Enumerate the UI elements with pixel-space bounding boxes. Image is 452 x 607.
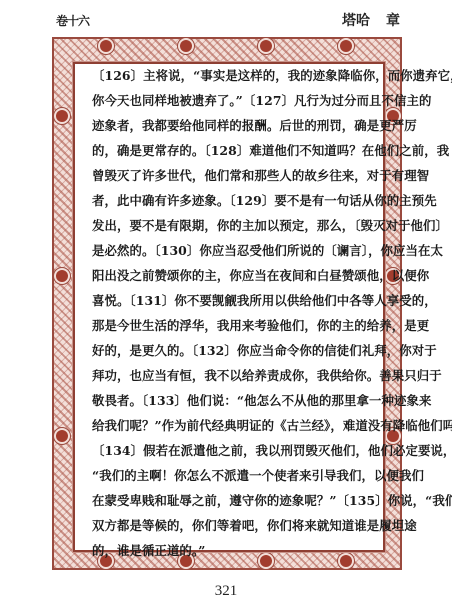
text-line: 阳出没之前赞颂你的主，你应当在夜间和白昼赞颂他，以便你	[92, 263, 372, 288]
border-ornament-icon	[180, 40, 192, 52]
border-ornament-icon	[340, 40, 352, 52]
text-line: 在蒙受卑贱和耻辱之前，遵守你的迹象呢？”〔135〕你说，“我们	[92, 488, 372, 513]
border-ornament-icon	[56, 110, 68, 122]
text-line: 者，此中确有许多迹象。〔129〕要不是有一句话从你的主预先	[92, 188, 372, 213]
chapter-label: 章	[386, 13, 400, 29]
text-line: 〔134〕假若在派遣他之前，我以刑罚毁灭他们，他们必定要说，	[92, 438, 372, 463]
text-line: 发出，要不是有限期，你的主加以预定，那么，〔毁灭对于他们〕	[92, 213, 372, 238]
border-ornament-icon	[100, 40, 112, 52]
text-line: 是必然的。〔130〕你应当忍受他们所说的〔谰言〕，你应当在太	[92, 238, 372, 263]
chapter-name: 塔哈	[342, 13, 370, 29]
running-head-chapter: 塔哈章	[342, 10, 400, 30]
border-ornament-icon	[56, 270, 68, 282]
running-head-volume: 卷十六	[56, 12, 89, 29]
text-line: 好的，是更久的。〔132〕你应当命令你的信徒们礼拜，你对于	[92, 338, 372, 363]
text-line: 的，谁是循正道的。”	[92, 538, 372, 563]
text-line: 的，确是更常存的。〔128〕难道他们不知道吗？在他们之前，我	[92, 138, 372, 163]
text-line: 敬畏者。〔133〕他们说：“他怎么不从他的那里拿一种迹象来	[92, 388, 372, 413]
text-line: “我们的主啊！你怎么不派遣一个使者来引导我们，以便我们	[92, 463, 372, 488]
text-line: 喜悦。〔131〕你不要觊觎我所用以供给他们中各等人享受的，	[92, 288, 372, 313]
body-text: 〔126〕主将说，“事实是这样的，我的迹象降临你，而你遗弃它， 你今天也同样地被…	[92, 63, 372, 563]
text-line: 〔126〕主将说，“事实是这样的，我的迹象降临你，而你遗弃它，	[92, 63, 372, 88]
text-line: 拜功，也应当有恒，我不以给养责成你，我供给你。善果只归于	[92, 363, 372, 388]
text-line: 给我们呢？”作为前代经典明证的《古兰经》，难道没有降临他们吗？	[92, 413, 372, 438]
page-number: 321	[0, 583, 452, 600]
border-ornament-icon	[56, 430, 68, 442]
text-line: 曾毁灭了许多世代，他们常和那些人的故乡往来，对于有理智	[92, 163, 372, 188]
text-line: 那是今世生活的浮华，我用来考验他们，你的主的给养，是更	[92, 313, 372, 338]
text-line: 双方都是等候的，你们等着吧，你们将来就知道谁是履坦途	[92, 513, 372, 538]
text-line: 你今天也同样地被遗弃了。”〔127〕凡行为过分而且不信主的	[92, 88, 372, 113]
text-line: 迹象者，我都要给他同样的报酬。后世的刑罚，确是更严厉	[92, 113, 372, 138]
border-ornament-icon	[260, 40, 272, 52]
